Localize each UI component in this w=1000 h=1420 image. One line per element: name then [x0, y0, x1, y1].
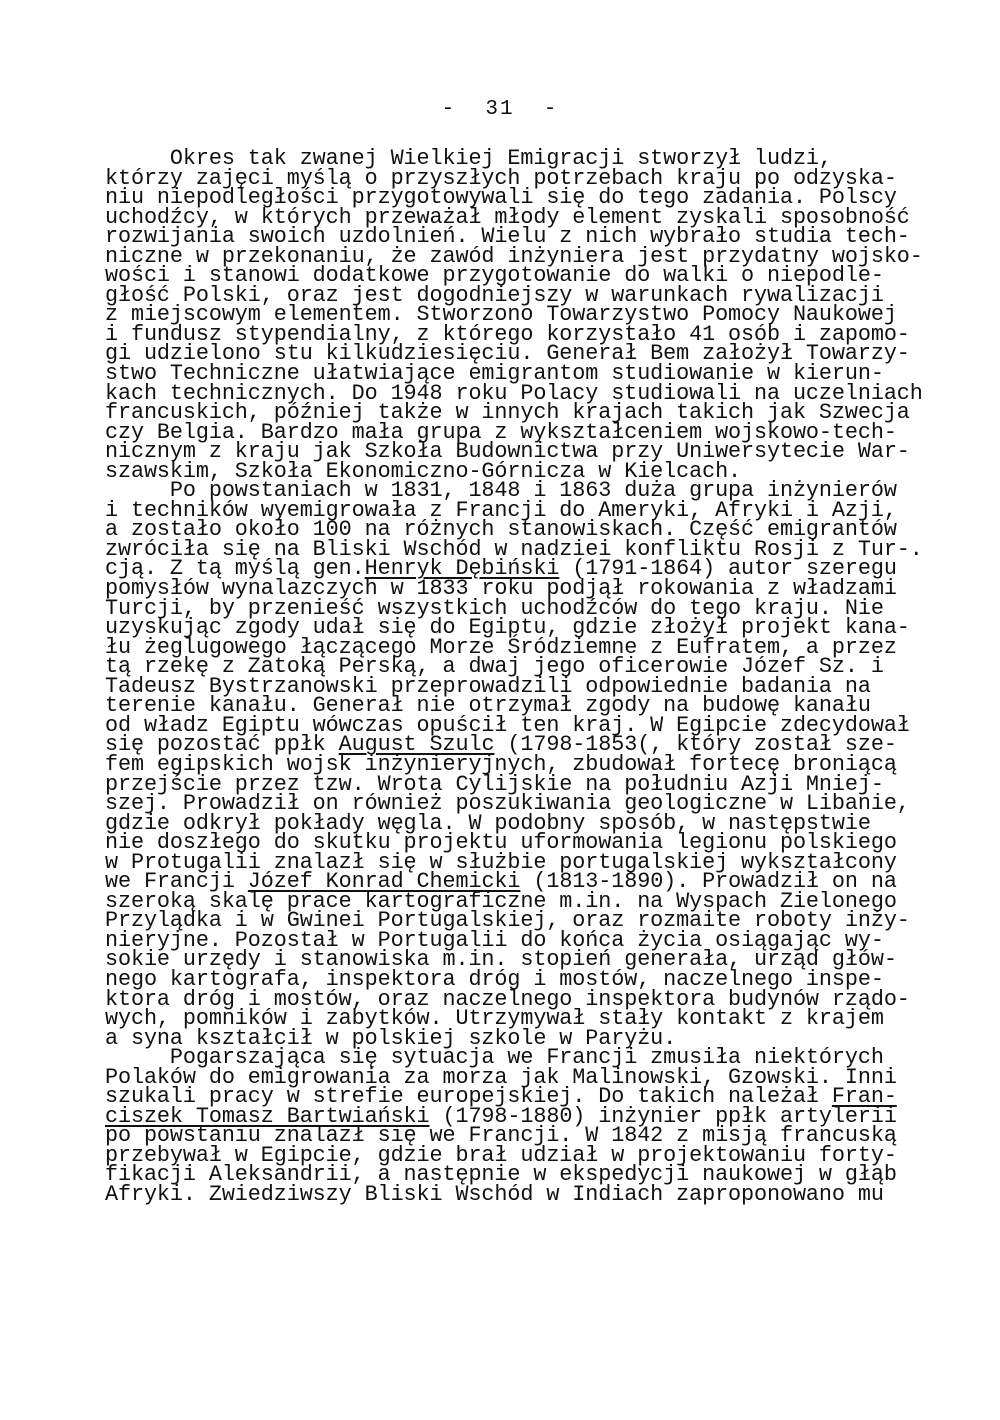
text-line: Afryki. Zwiedziwszy Bliski Wschód w Indi…: [105, 1185, 925, 1205]
body-text: Okres tak zwanej Wielkiej Emigracji stwo…: [105, 149, 925, 1205]
page-number: - 31 -: [0, 98, 1000, 121]
text-run: Afryki. Zwiedziwszy Bliski Wschód w Indi…: [105, 1182, 884, 1207]
document-page: - 31 - Okres tak zwanej Wielkiej Emigrac…: [0, 0, 1000, 1420]
